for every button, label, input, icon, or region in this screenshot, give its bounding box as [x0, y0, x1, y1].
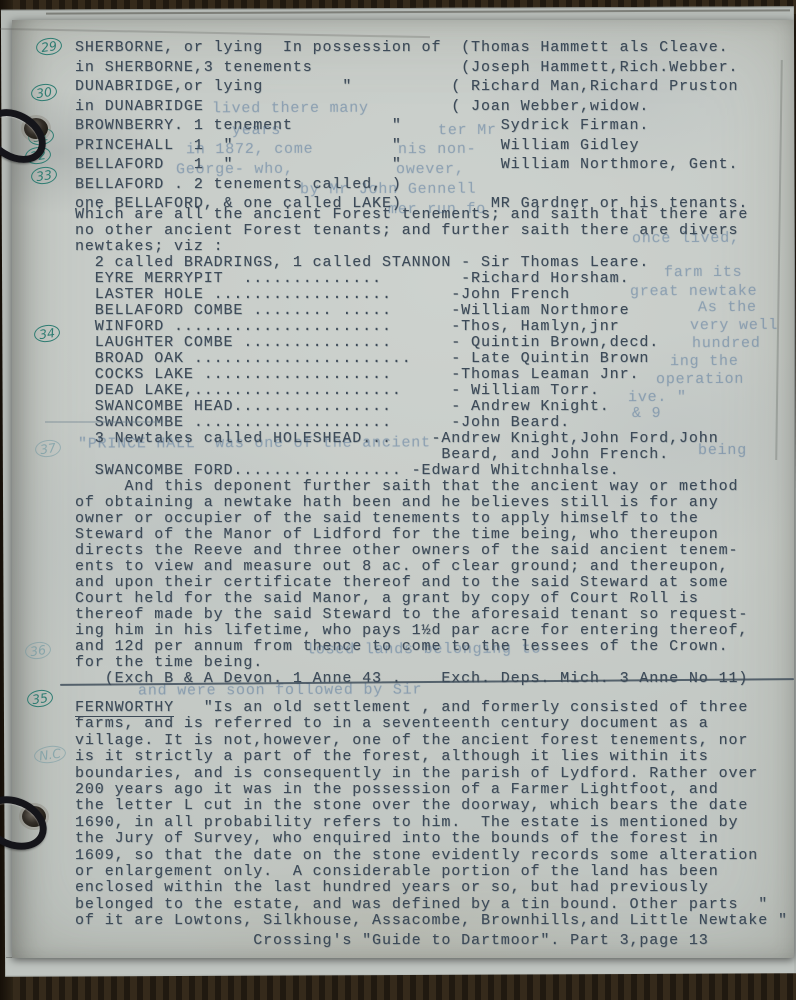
- photo-of-document: lived there manyyearster Mrin 1872, come…: [0, 0, 796, 1000]
- typewritten-page: [12, 20, 794, 958]
